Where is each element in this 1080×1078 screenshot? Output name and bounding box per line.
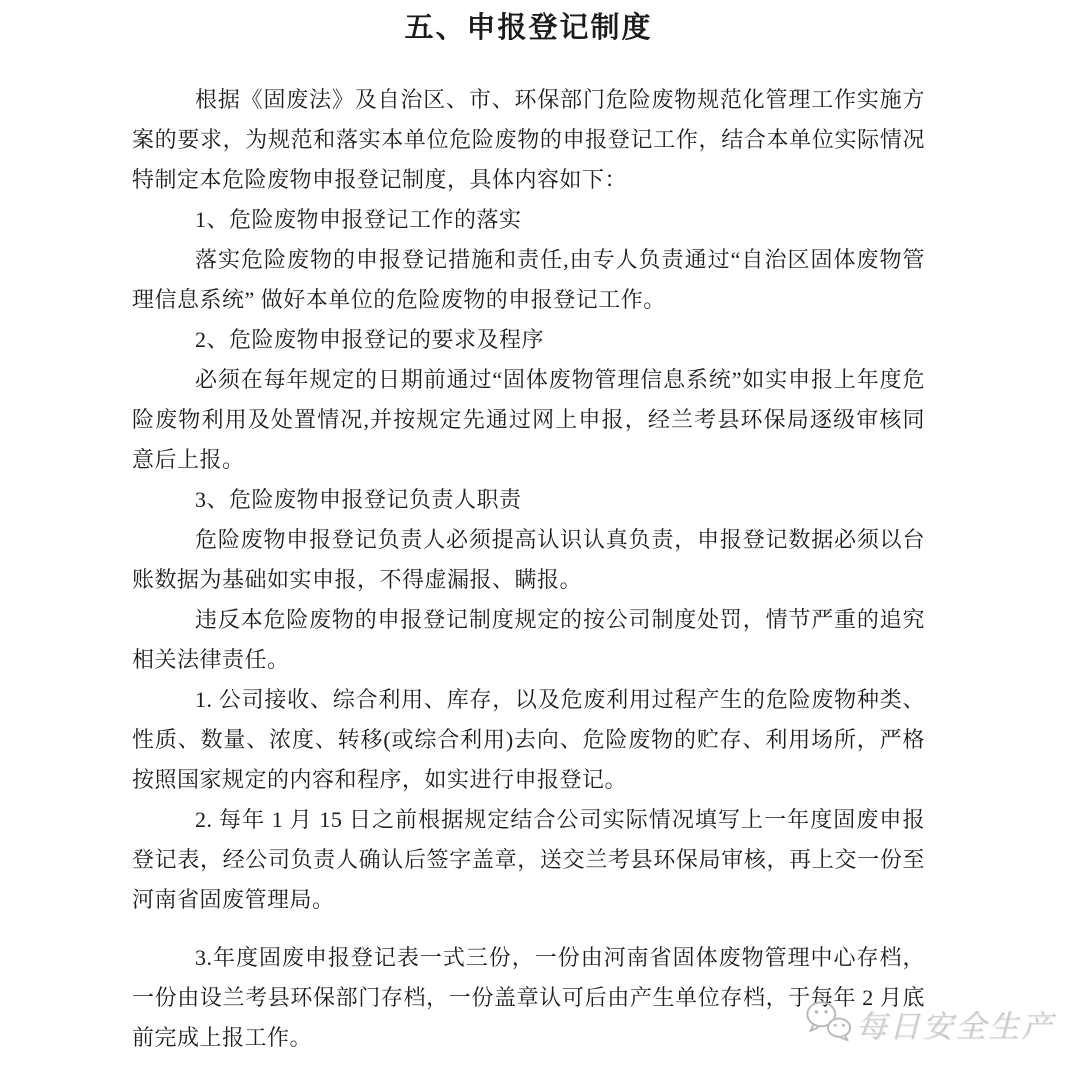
page-title: 五、申报登记制度 <box>132 8 925 48</box>
watermark-text: 每日安全生产 <box>856 1001 1054 1046</box>
paragraph: 必须在每年规定的日期前通过“固体废物管理信息系统”如实申报上年度危险废物利用及处… <box>132 360 925 480</box>
document-body: 根据《固废法》及自治区、市、环保部门危险废物规范化管理工作实施方案的要求，为规范… <box>132 80 925 1058</box>
paragraph-heading-3: 3、危险废物申报登记负责人职责 <box>132 480 925 520</box>
paragraph-item-2: 2. 每年 1 月 15 日之前根据规定结合公司实际情况填写上一年度固废申报登记… <box>132 800 925 920</box>
paragraph: 危险废物申报登记负责人必须提高认识认真负责，申报登记数据必须以台账数据为基础如实… <box>132 520 925 600</box>
document-page: 五、申报登记制度 根据《固废法》及自治区、市、环保部门危险废物规范化管理工作实施… <box>132 0 925 1058</box>
paragraph-intro: 根据《固废法》及自治区、市、环保部门危险废物规范化管理工作实施方案的要求，为规范… <box>132 80 925 200</box>
paragraph-item-1: 1. 公司接收、综合利用、库存，以及危废利用过程产生的危险废物种类、性质、数量、… <box>132 680 925 800</box>
paragraph: 违反本危险废物的申报登记制度规定的按公司制度处罚，情节严重的追究相关法律责任。 <box>132 600 925 680</box>
watermark: 每日安全生产 <box>804 998 1054 1049</box>
wechat-icon <box>804 998 852 1049</box>
paragraph: 落实危险废物的申报登记措施和责任,由专人负责通过“自治区固体废物管理信息系统” … <box>132 240 925 320</box>
paragraph-heading-2: 2、危险废物申报登记的要求及程序 <box>132 320 925 360</box>
paragraph-heading-1: 1、危险废物申报登记工作的落实 <box>132 200 925 240</box>
